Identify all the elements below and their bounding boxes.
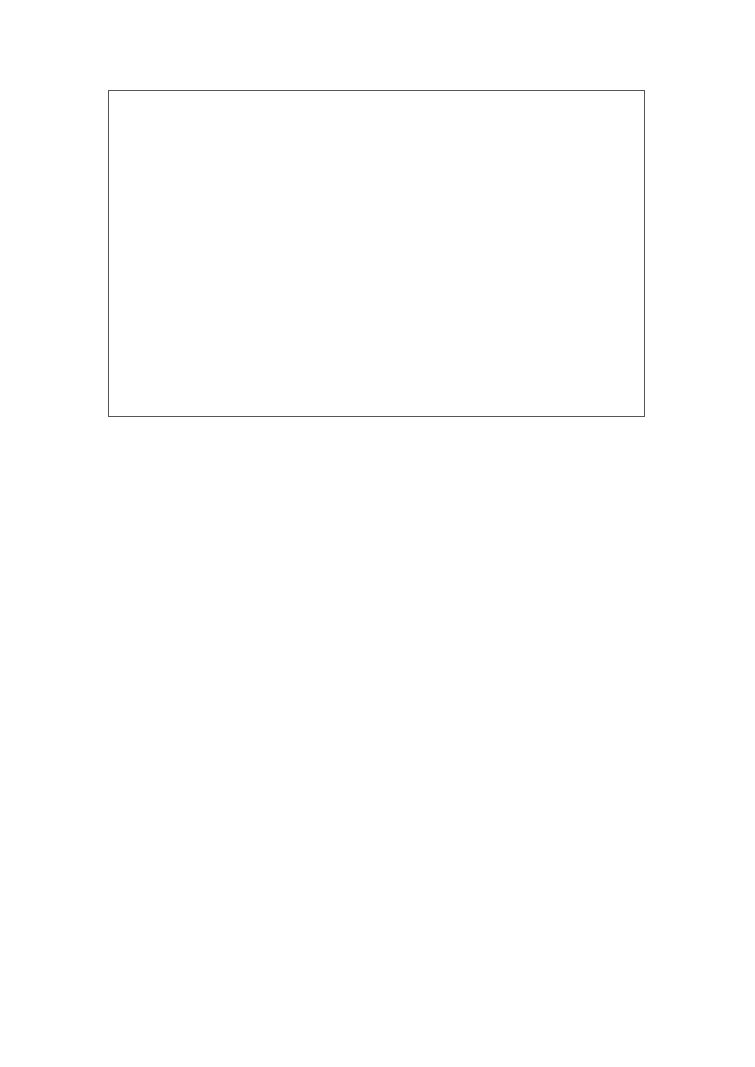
- article-first-line: [113, 98, 127, 118]
- article-box: [108, 90, 645, 417]
- document-page: [0, 0, 755, 1067]
